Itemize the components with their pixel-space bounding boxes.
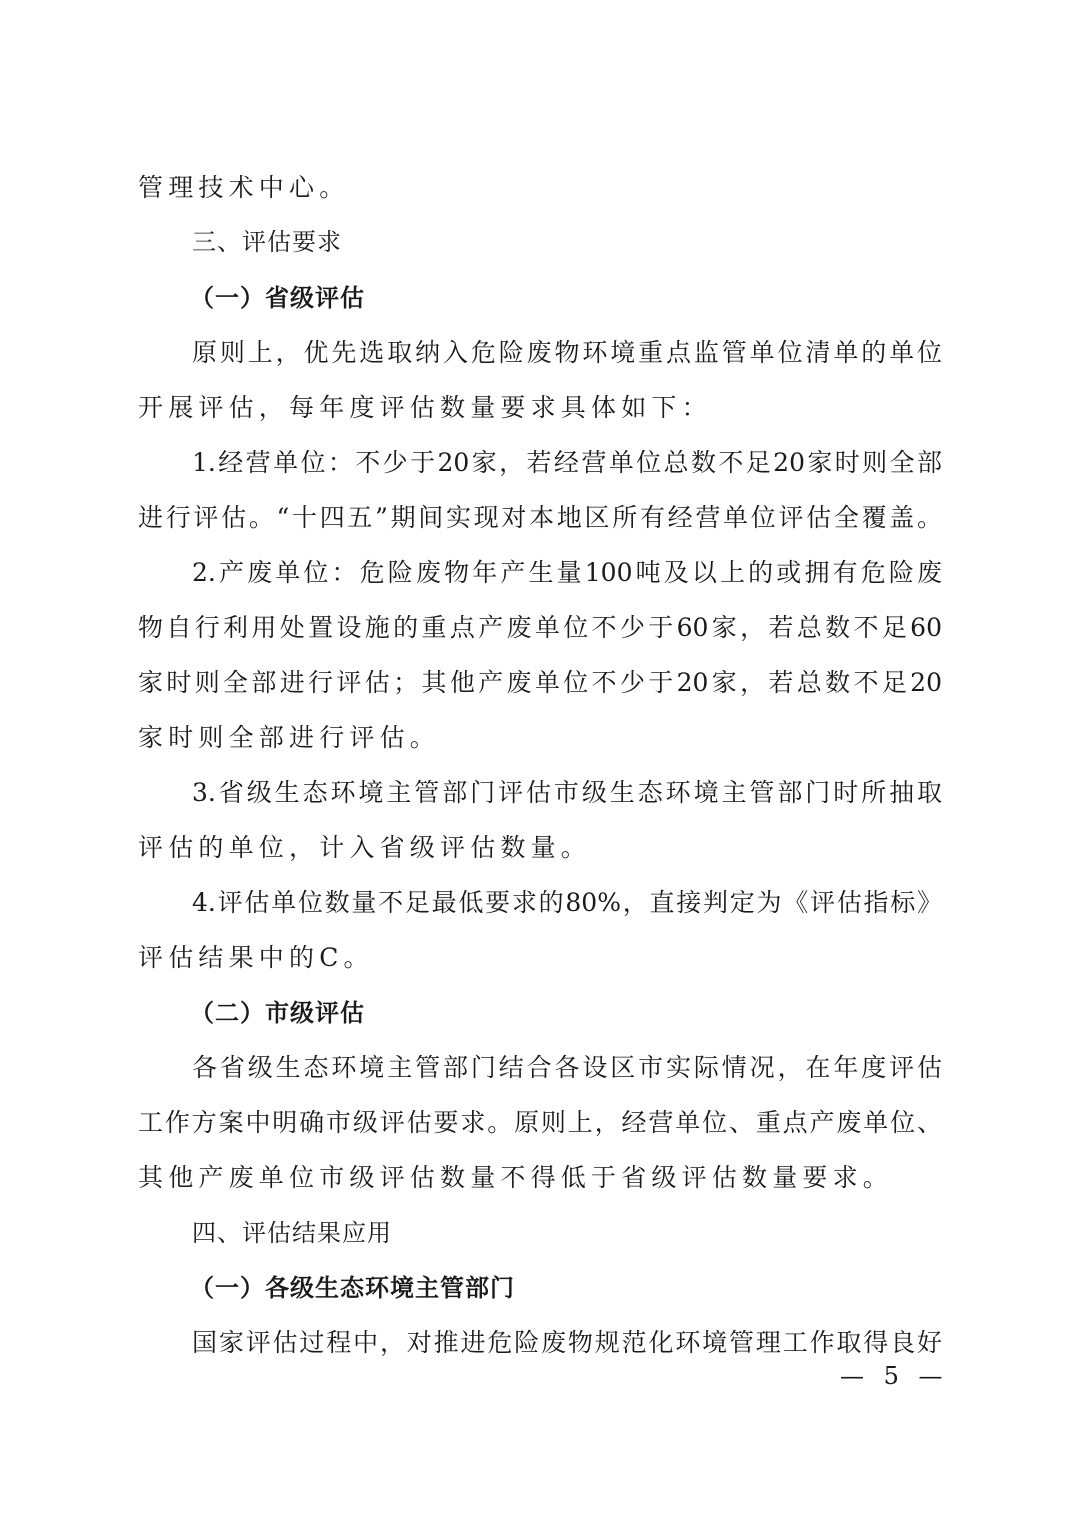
body-line: 进行评估。“十四五”期间实现对本地区所有经营单位评估全覆盖。 (138, 502, 942, 534)
body-line: 家时则全部进行评估。 (138, 722, 942, 754)
subsection-heading: （二）市级评估 (190, 997, 994, 1029)
paragraph-line: 国家评估过程中，对推进危险废物规范化环境管理工作取得良好 (192, 1327, 942, 1359)
list-item-line: 4.评估单位数量不足最低要求的80%，直接判定为《评估指标》 (192, 887, 942, 919)
body-line: 家时则全部进行评估；其他产废单位不少于20家，若总数不足20 (138, 667, 942, 699)
list-item-line: 3.省级生态环境主管部门评估市级生态环境主管部门时所抽取 (192, 777, 942, 809)
list-item-line: 1.经营单位：不少于20家，若经营单位总数不足20家时则全部 (192, 447, 942, 479)
body-line: 物自行利用处置设施的重点产废单位不少于60家，若总数不足60 (138, 612, 942, 644)
body-line: 评估的单位，计入省级评估数量。 (138, 832, 942, 864)
section-heading: 四、评估结果应用 (192, 1217, 942, 1249)
list-item-line: 2.产废单位：危险废物年产生量100吨及以上的或拥有危险废 (192, 557, 942, 589)
paragraph-line: 各省级生态环境主管部门结合各设区市实际情况，在年度评估 (192, 1052, 942, 1084)
subsection-heading: （一）省级评估 (190, 282, 994, 314)
paragraph-line: 原则上，优先选取纳入危险废物环境重点监管单位清单的单位 (192, 337, 942, 369)
section-heading: 三、评估要求 (192, 226, 942, 258)
body-line: 其他产废单位市级评估数量不得低于省级评估数量要求。 (138, 1162, 942, 1194)
subsection-heading: （一）各级生态环境主管部门 (190, 1272, 994, 1304)
body-line: 评估结果中的C。 (138, 942, 942, 974)
page-number: — 5 — (840, 1362, 949, 1390)
body-line: 开展评估，每年度评估数量要求具体如下： (138, 392, 942, 424)
body-line: 管理技术中心。 (138, 172, 942, 204)
body-line: 工作方案中明确市级评估要求。原则上，经营单位、重点产废单位、 (138, 1107, 942, 1139)
